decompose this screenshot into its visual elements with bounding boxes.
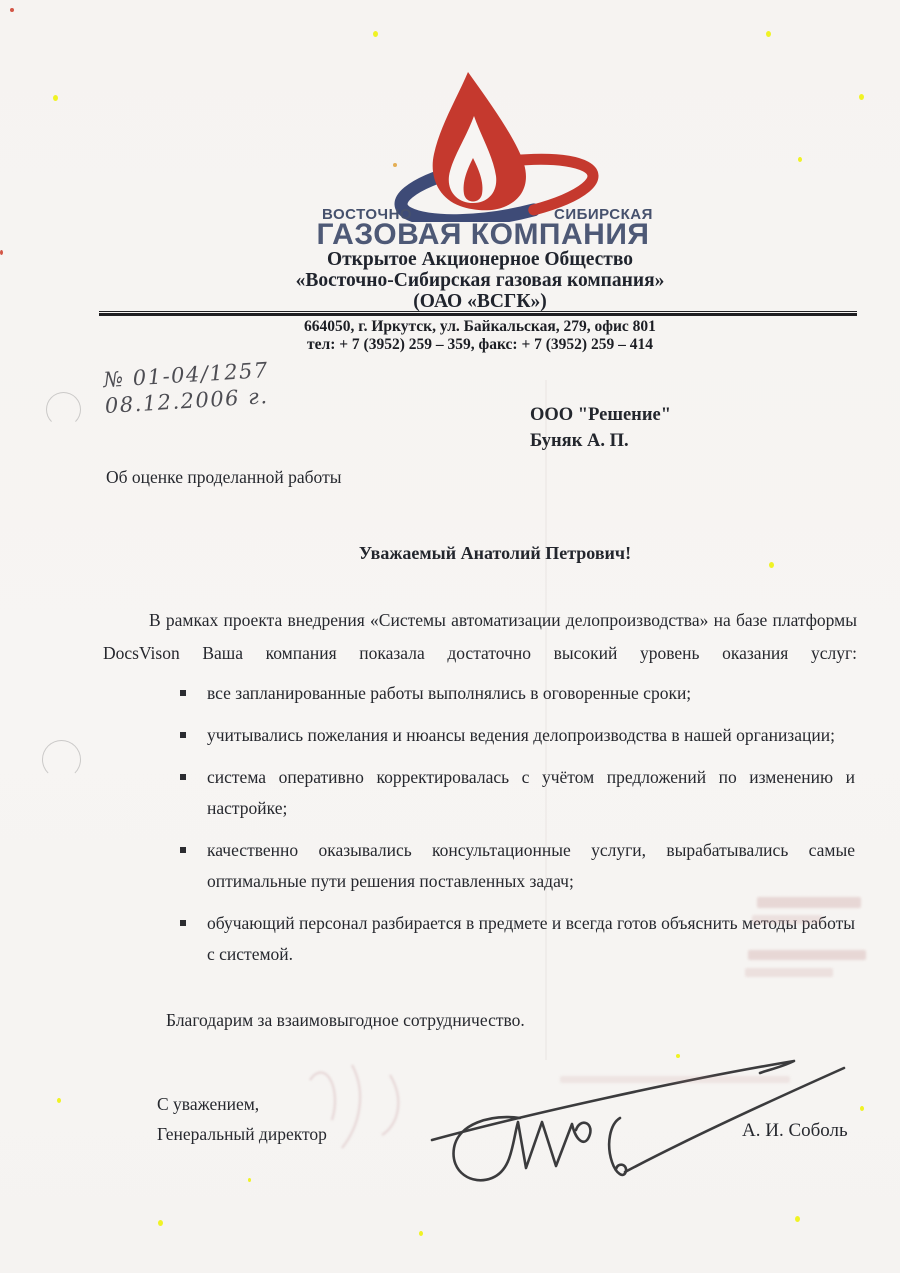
recipient-company: ООО "Решение" bbox=[530, 402, 671, 428]
contacts-line: тел: + 7 (3952) 259 – 359, факс: + 7 (39… bbox=[70, 336, 890, 354]
regards-line: С уважением, bbox=[157, 1094, 259, 1115]
scan-speck bbox=[419, 1231, 423, 1236]
intro-paragraph: В рамках проекта внедрения «Системы авто… bbox=[103, 604, 857, 670]
bleed-through-mark bbox=[745, 968, 833, 977]
fold-line bbox=[545, 380, 547, 1060]
signature bbox=[280, 1040, 860, 1200]
punch-hole bbox=[42, 740, 81, 779]
bleed-through-mark bbox=[560, 1076, 790, 1083]
scan-speck bbox=[798, 157, 802, 162]
bullet-item: система оперативно корректировалась с уч… bbox=[207, 762, 855, 824]
recipient-person: Буняк А. П. bbox=[530, 428, 671, 454]
bleed-through-scribble bbox=[382, 1075, 398, 1135]
address-line: 664050, г. Иркутск, ул. Байкальская, 279… bbox=[70, 318, 890, 336]
scan-speck bbox=[859, 94, 864, 100]
flame-icon bbox=[433, 72, 526, 210]
scan-speck bbox=[53, 95, 58, 101]
scan-speck bbox=[0, 250, 3, 255]
company-logo bbox=[340, 62, 640, 222]
brand-name: ГАЗОВАЯ КОМПАНИЯ bbox=[283, 218, 683, 252]
bleed-through-mark bbox=[757, 897, 861, 908]
bleed-through-mark bbox=[752, 915, 822, 924]
closing-line: Благодарим за взаимовыгодное сотрудничес… bbox=[166, 1005, 525, 1036]
scan-speck bbox=[393, 163, 397, 167]
scan-speck bbox=[676, 1054, 680, 1058]
recipient-block: ООО "Решение" Буняк А. П. bbox=[530, 402, 671, 454]
org-name: «Восточно-Сибирская газовая компания» bbox=[70, 270, 890, 291]
handwritten-reference: № 01-04/1257 08.12.2006 г. bbox=[103, 357, 271, 419]
subject-line: Об оценке проделанной работы bbox=[106, 467, 341, 488]
bleed-through-scribble bbox=[342, 1065, 360, 1148]
salutation: Уважаемый Анатолий Петрович! bbox=[150, 543, 840, 564]
scanned-letter-page: ВОСТОЧНО СИБИРСКАЯ ГАЗОВАЯ КОМПАНИЯ Откр… bbox=[0, 0, 900, 1273]
address-block: 664050, г. Иркутск, ул. Байкальская, 279… bbox=[70, 318, 890, 354]
scan-speck bbox=[766, 31, 771, 37]
scan-speck bbox=[373, 31, 378, 37]
org-block: Открытое Акционерное Общество «Восточно-… bbox=[70, 249, 890, 312]
bullet-item: качественно оказывались консультационные… bbox=[207, 835, 855, 897]
bleed-through-mark bbox=[748, 950, 866, 960]
org-type: Открытое Акционерное Общество bbox=[70, 249, 890, 270]
scan-speck bbox=[769, 562, 774, 568]
scan-speck bbox=[795, 1216, 800, 1222]
scan-speck bbox=[248, 1178, 251, 1182]
bullet-item: учитывались пожелания и нюансы ведения д… bbox=[207, 720, 855, 751]
punch-hole bbox=[46, 392, 81, 427]
scan-speck bbox=[57, 1098, 61, 1103]
scan-speck bbox=[10, 8, 14, 12]
signature-stroke bbox=[625, 1068, 844, 1172]
org-short: (ОАО «ВСГК») bbox=[70, 291, 890, 312]
bleed-through-scribble bbox=[310, 1072, 335, 1120]
signature-stroke bbox=[454, 1117, 591, 1180]
header-rule bbox=[99, 311, 857, 312]
scan-speck bbox=[158, 1220, 163, 1226]
scan-speck bbox=[860, 1106, 864, 1111]
bullet-list: все запланированные работы выполнялись в… bbox=[207, 678, 855, 981]
signature-stroke bbox=[609, 1118, 626, 1175]
bullet-item: все запланированные работы выполнялись в… bbox=[207, 678, 855, 709]
